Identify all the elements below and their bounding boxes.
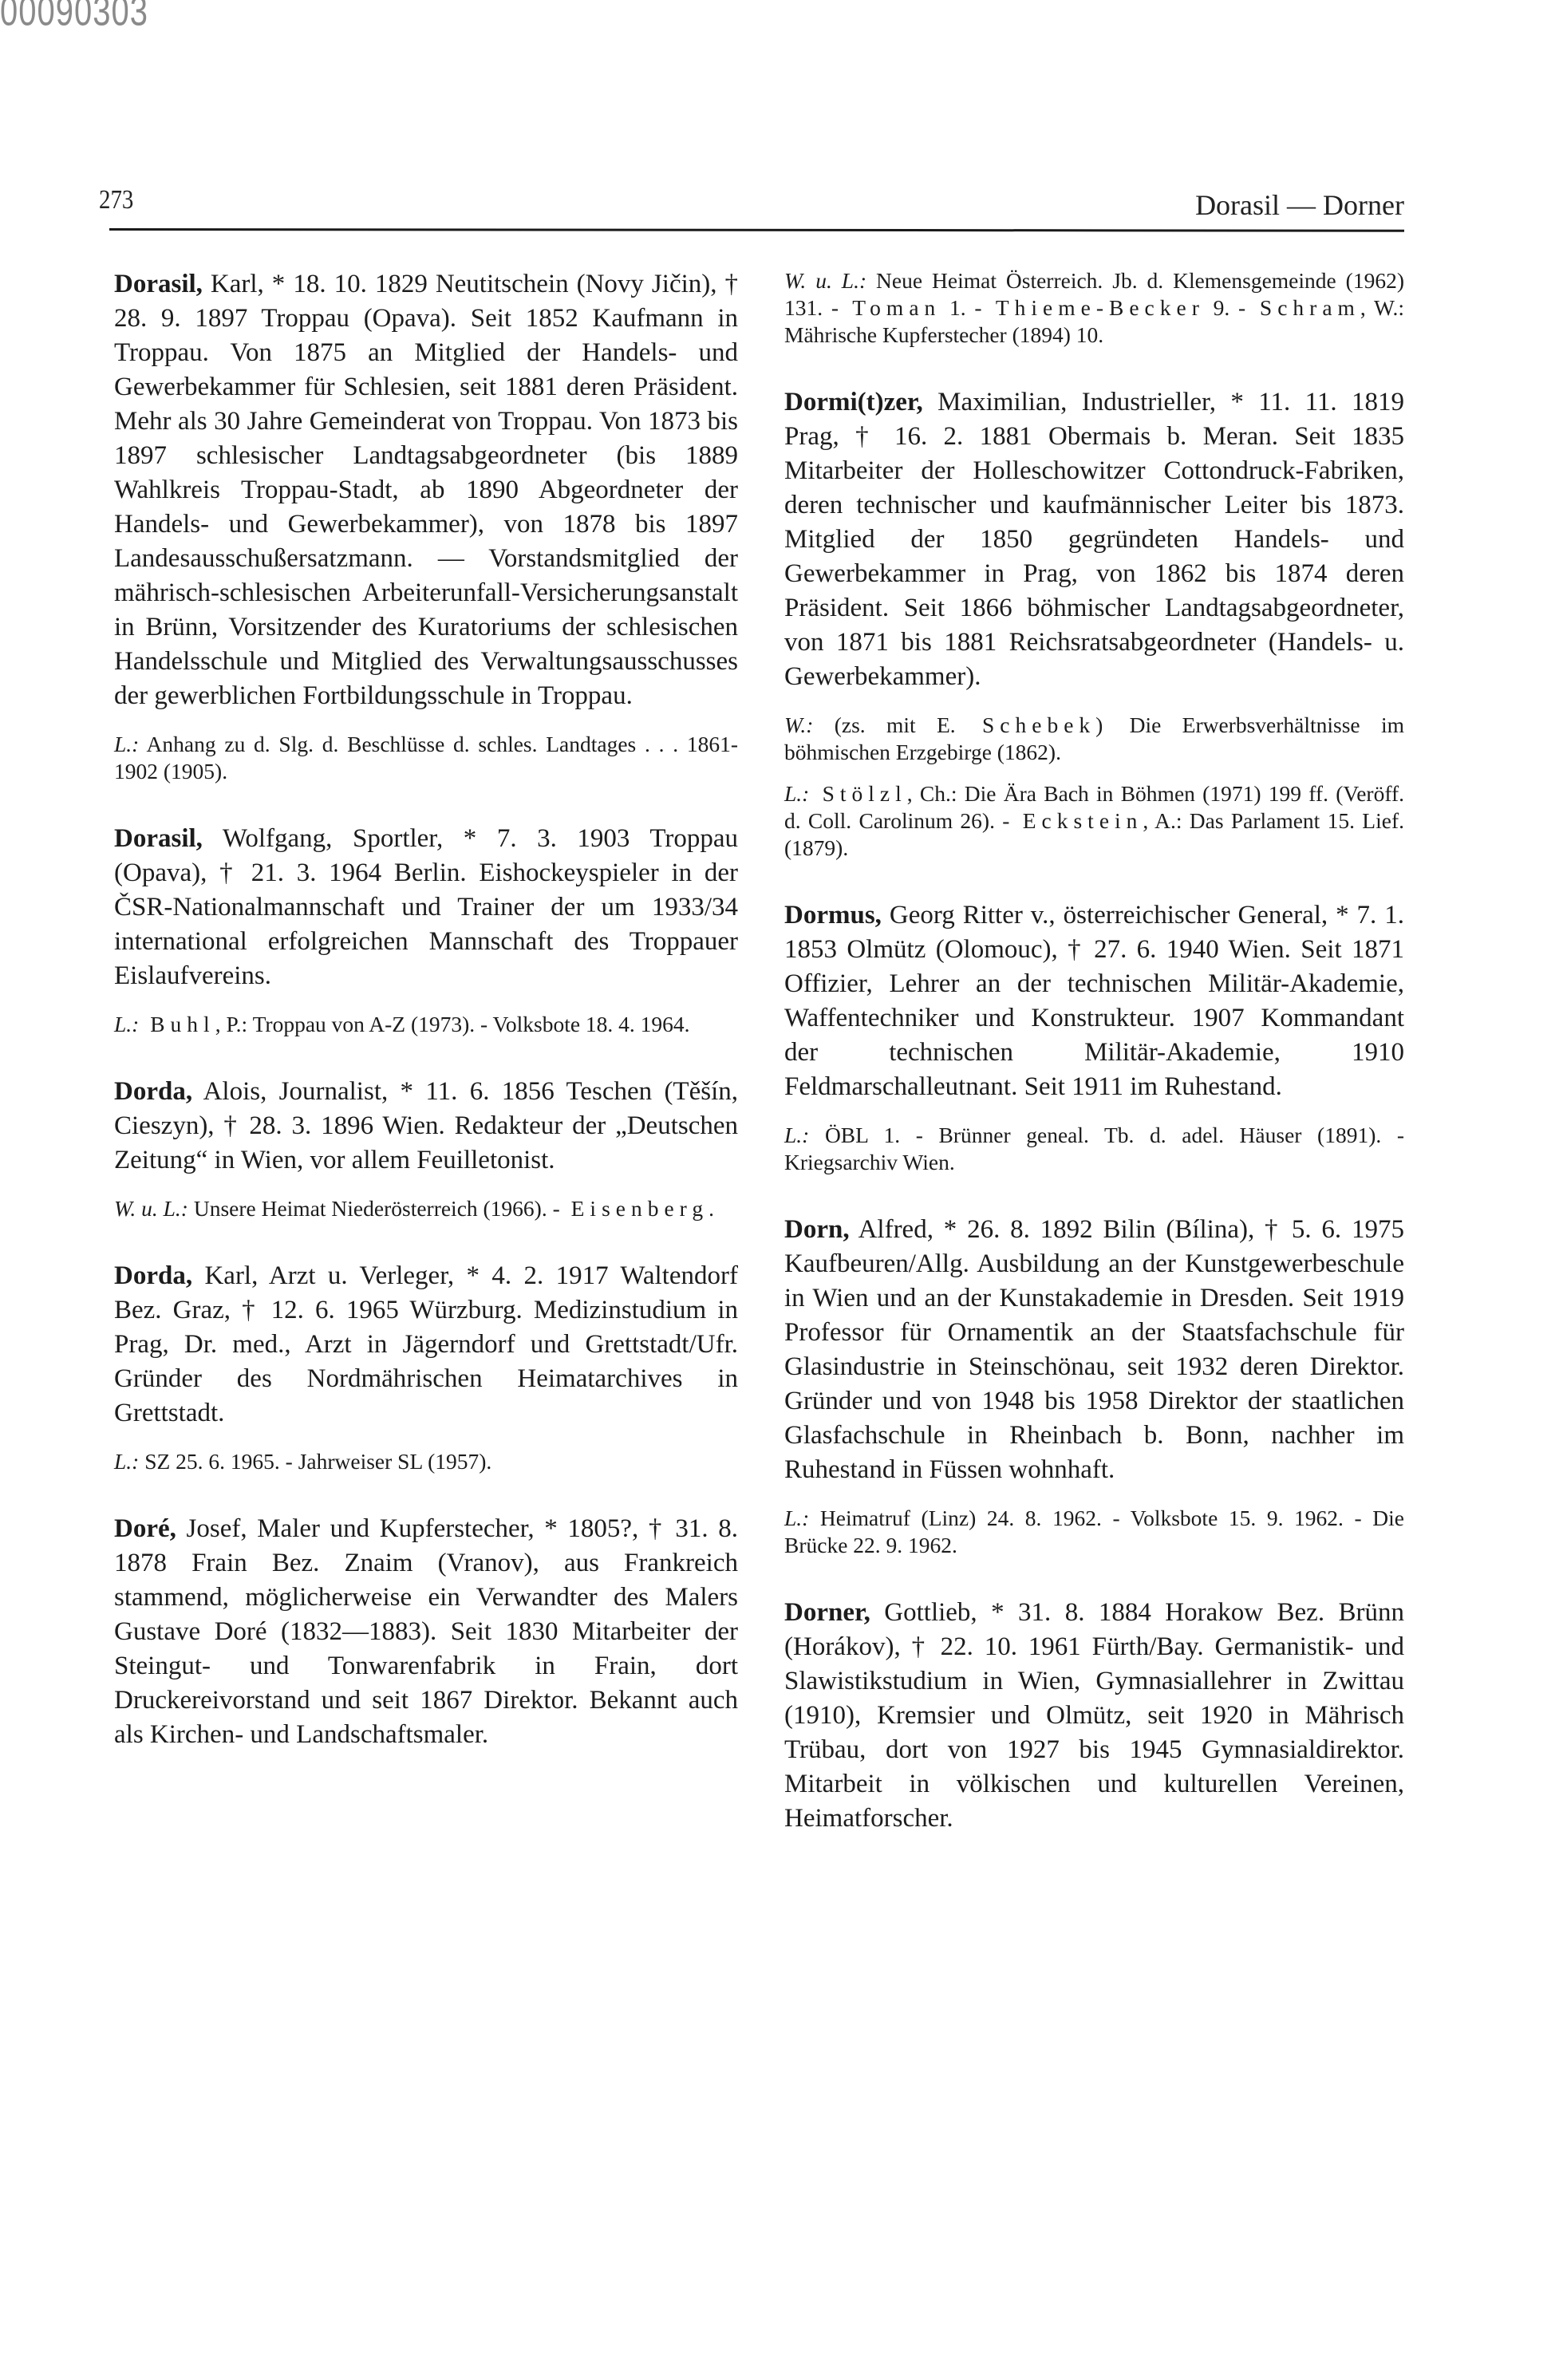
headword: Dormus, xyxy=(784,901,882,930)
header-rule xyxy=(109,228,1404,232)
lit-text: Anhang zu d. Slg. d. Beschlüsse d. schle… xyxy=(114,732,738,783)
scan-watermark: 00090303 xyxy=(0,0,148,35)
literature-dorda-karl: L.: SZ 25. 6. 1965. - Jahrweiser SL (195… xyxy=(114,1448,738,1475)
entry-text: Georg Ritter v., österreichischer Genera… xyxy=(784,901,1404,1101)
literature-dorasil-wolfgang: L.: Buhl, P.: Troppau von A-Z (1973). - … xyxy=(114,1011,738,1038)
literature-dormus: L.: ÖBL 1. - Brünner geneal. Tb. d. adel… xyxy=(784,1122,1404,1176)
headword: Doré, xyxy=(114,1514,176,1543)
lit-author: Eisenberg. xyxy=(560,1196,720,1221)
lit-author: Schebek) xyxy=(956,712,1109,737)
headword: Dorasil, xyxy=(114,824,203,853)
lit-text: Heimatruf (Linz) 24. 8. 1962. - Volksbot… xyxy=(784,1506,1404,1557)
entry-dorn-alfred: Dorn, Alfred, * 26. 8. 1892 Bilin (Bílin… xyxy=(784,1213,1404,1487)
entry-dorasil-wolfgang: Dorasil, Wolfgang, Sportler, * 7. 3. 190… xyxy=(114,822,738,993)
literature-dorda-alois: W. u. L.: Unsere Heimat Niederösterreich… xyxy=(114,1195,738,1222)
lit-text: SZ 25. 6. 1965. - Jahrweiser SL (1957). xyxy=(139,1449,491,1474)
lit-text: ÖBL 1. - Brünner geneal. Tb. d. adel. Hä… xyxy=(784,1123,1404,1174)
entry-dormitzer-maximilian: Dormi(t)zer, Maximilian, Industrieller, … xyxy=(784,385,1404,694)
entry-dormus-georg: Dormus, Georg Ritter v., österreichische… xyxy=(784,898,1404,1104)
entry-text: Alfred, * 26. 8. 1892 Bilin (Bílina), † … xyxy=(784,1215,1404,1484)
page-number: 273 xyxy=(99,185,133,215)
lit-author: Stölzl xyxy=(809,781,906,806)
lit-label: L.: xyxy=(114,1449,139,1474)
entry-text: Josef, Maler und Kupferstecher, * 1805?,… xyxy=(114,1514,738,1749)
headword: Dorda, xyxy=(114,1077,192,1106)
lit-label: L.: xyxy=(784,781,809,806)
entry-text: Karl, Arzt u. Verleger, * 4. 2. 1917 Wal… xyxy=(114,1261,738,1427)
lit-text: , P.: Troppau von A-Z (1973). - Volksbot… xyxy=(215,1012,690,1036)
entry-text: Wolfgang, Sportler, * 7. 3. 1903 Troppau… xyxy=(114,824,738,990)
literature-dorasil-karl: L.: Anhang zu d. Slg. d. Beschlüsse d. s… xyxy=(114,731,738,785)
lit-text: 9. - xyxy=(1205,295,1245,320)
lit-label: L.: xyxy=(784,1506,809,1530)
literature-dormitzer: L.: Stölzl, Ch.: Die Ära Bach in Böhmen … xyxy=(784,780,1404,862)
lit-author: Eckstein xyxy=(1009,808,1143,833)
entry-text: Karl, * 18. 10. 1829 Neutitschein (Novy … xyxy=(114,270,738,710)
headword: Dorasil, xyxy=(114,270,203,298)
works-dormitzer: W.: (zs. mit E. Schebek) Die Erwerbsverh… xyxy=(784,712,1404,766)
entry-dorasil-karl: Dorasil, Karl, * 18. 10. 1829 Neutitsche… xyxy=(114,267,738,713)
lit-text: 1. - xyxy=(941,295,981,320)
entry-text: Maximilian, Industrieller, * 11. 11. 181… xyxy=(784,388,1404,691)
lit-label: W. u. L.: xyxy=(784,268,866,293)
headword: Dorda, xyxy=(114,1261,192,1290)
lit-label: L.: xyxy=(114,732,139,756)
lit-text: Unsere Heimat Niederösterreich (1966). - xyxy=(188,1196,560,1221)
entry-dorda-karl: Dorda, Karl, Arzt u. Verleger, * 4. 2. 1… xyxy=(114,1259,738,1431)
lit-author: Thieme-Becker xyxy=(982,295,1205,320)
lit-author: Schram xyxy=(1245,295,1360,320)
running-head: Dorasil — Dorner xyxy=(1195,188,1404,222)
lit-label: W. u. L.: xyxy=(114,1196,188,1221)
entry-text: Gottlieb, * 31. 8. 1884 Horakow Bez. Brü… xyxy=(784,1598,1404,1833)
left-column: Dorasil, Karl, * 18. 10. 1829 Neutitsche… xyxy=(114,267,738,1770)
entry-dore-josef: Doré, Josef, Maler und Kupferstecher, * … xyxy=(114,1512,738,1752)
right-column: W. u. L.: Neue Heimat Österreich. Jb. d.… xyxy=(784,267,1404,1853)
lit-author: Toman xyxy=(839,295,941,320)
literature-dorn: L.: Heimatruf (Linz) 24. 8. 1962. - Volk… xyxy=(784,1505,1404,1559)
lit-label: W.: xyxy=(784,712,813,737)
entry-dorner-gottlieb: Dorner, Gottlieb, * 31. 8. 1884 Horakow … xyxy=(784,1596,1404,1836)
lit-label: L.: xyxy=(784,1123,809,1147)
headword: Dormi(t)zer, xyxy=(784,388,923,416)
lit-author: Buhl xyxy=(139,1012,215,1036)
lit-label: L.: xyxy=(114,1012,139,1036)
lit-text: (zs. mit E. xyxy=(813,712,955,737)
headword: Dorner, xyxy=(784,1598,870,1627)
literature-dore-josef: W. u. L.: Neue Heimat Österreich. Jb. d.… xyxy=(784,267,1404,349)
headword: Dorn, xyxy=(784,1215,850,1244)
entry-text: Alois, Journalist, * 11. 6. 1856 Teschen… xyxy=(114,1077,738,1174)
entry-dorda-alois: Dorda, Alois, Journalist, * 11. 6. 1856 … xyxy=(114,1075,738,1178)
